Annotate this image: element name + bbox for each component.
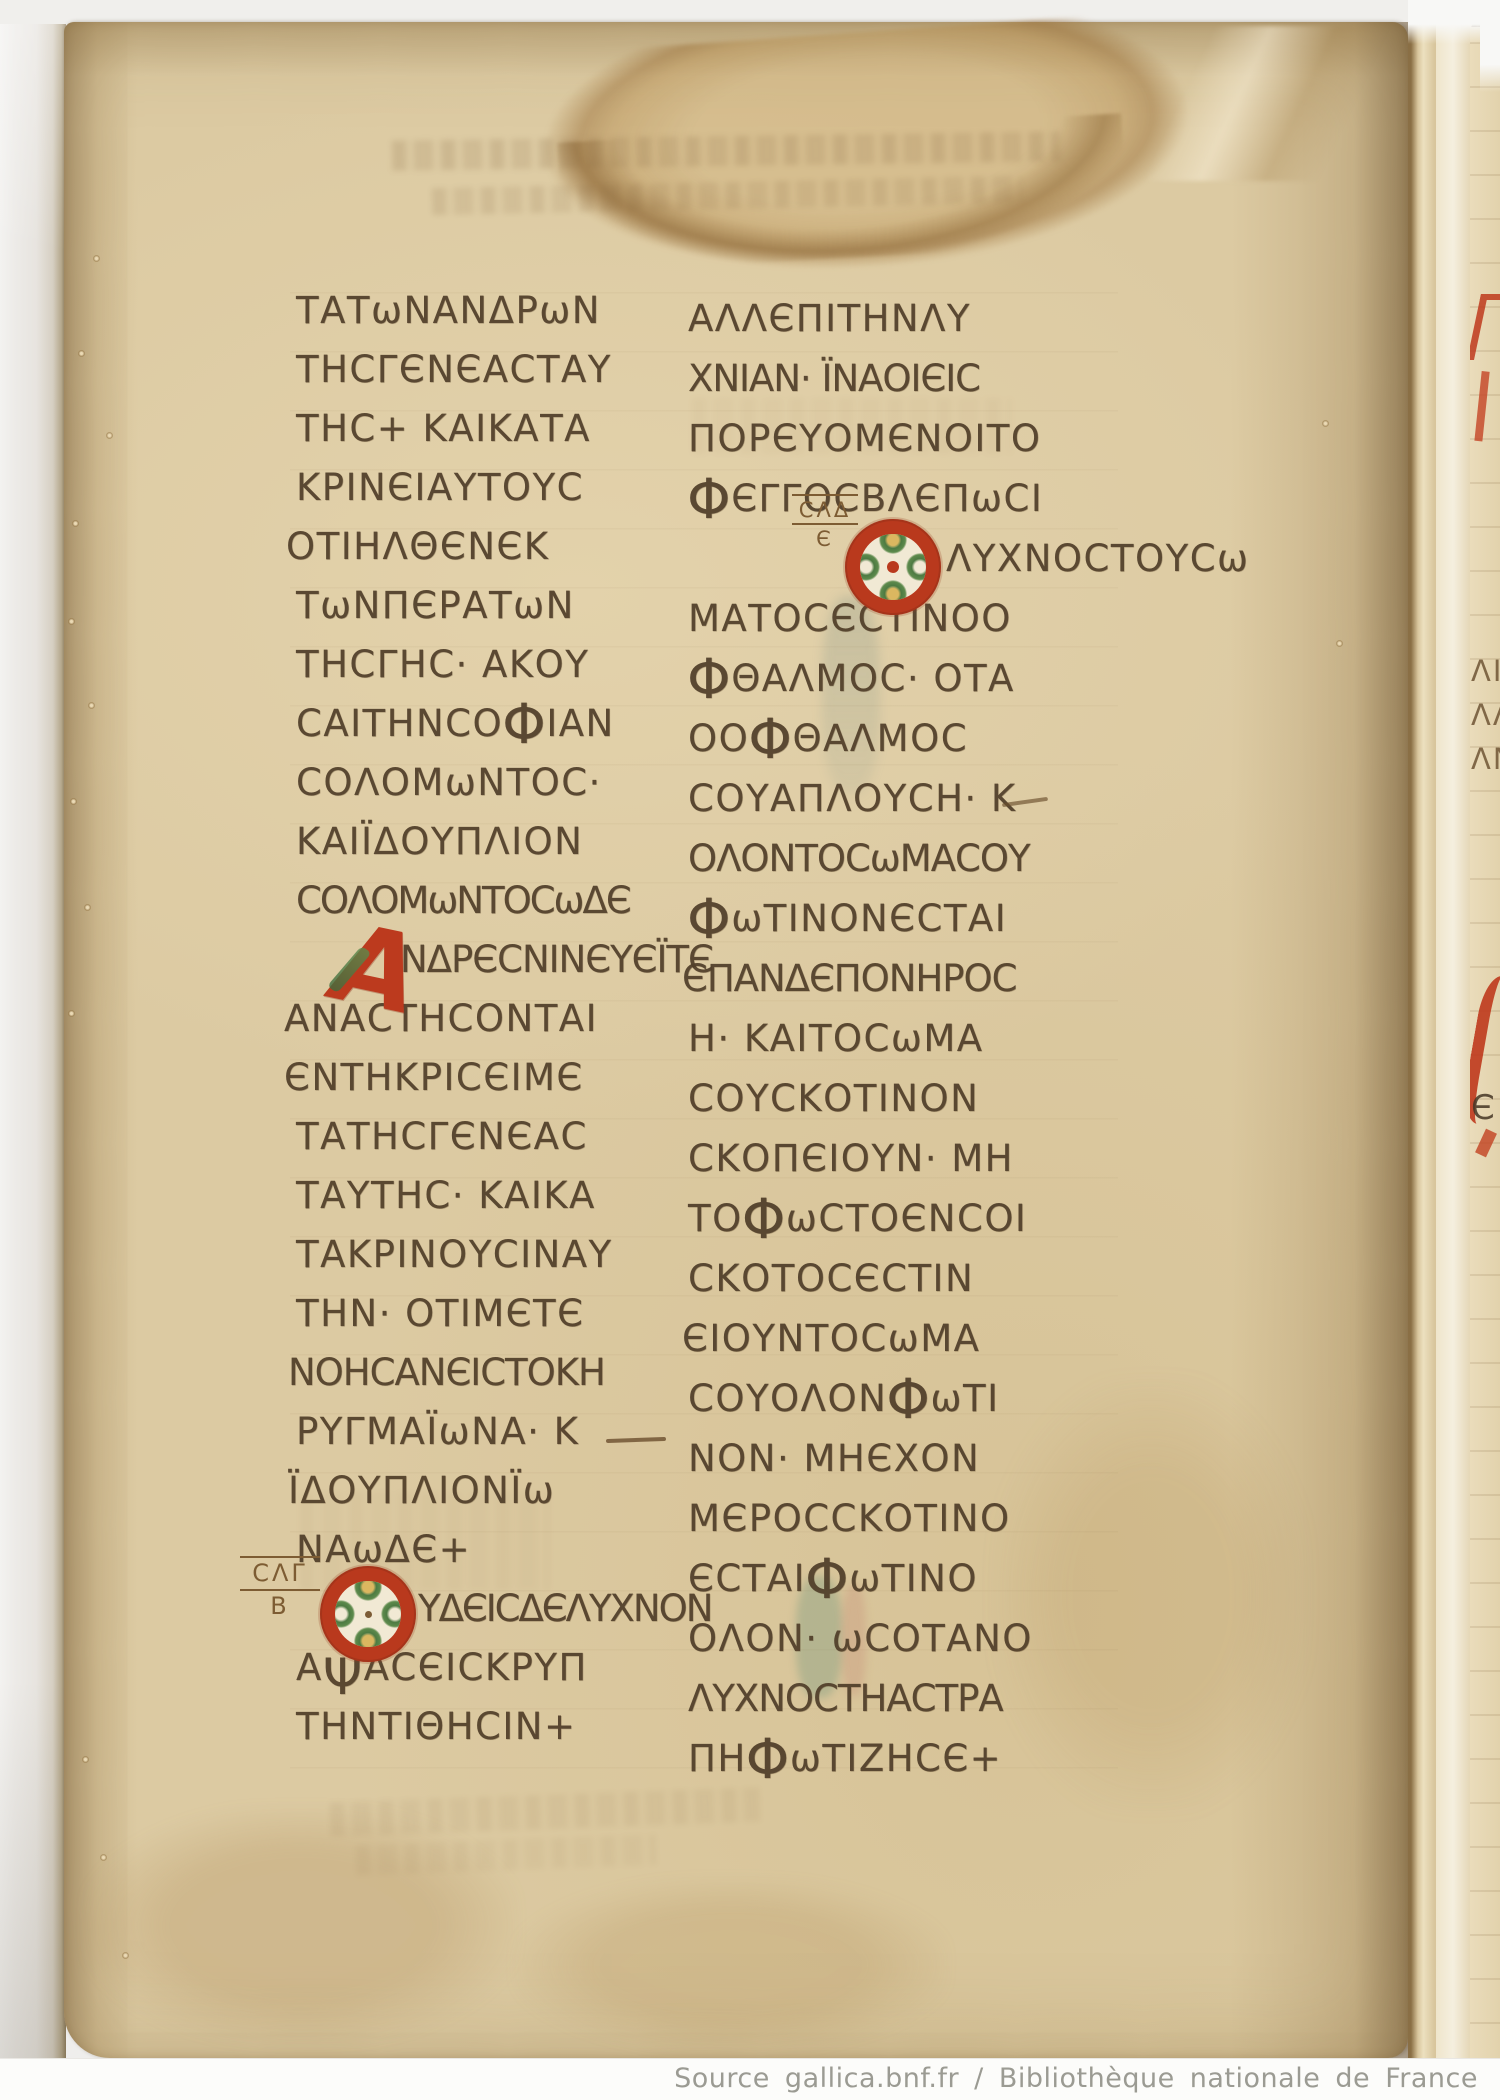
manuscript-line: ΤωΝΠЄΡΑΤωΝ [296, 583, 713, 642]
edge-letter-fragment: ΛΙ [1471, 654, 1500, 688]
manuscript-line: ΤΑΤωΝΑΝΔΡωΝ [296, 288, 713, 347]
manuscript-line: ΑΛΛЄΠΙΤΗΝΛΥ [688, 296, 1250, 356]
manuscript-line: ΤΗΝ· ΟΤΙΜЄΤЄ [296, 1291, 713, 1350]
scan-background-corner [1480, 0, 1500, 92]
canon-number: Є [792, 525, 858, 551]
manuscript-line: ΠΗΦωΤΙΖΗϹЄ+ [688, 1736, 1250, 1796]
manuscript-line: ΦЄΓΓΟϹΒΛЄΠωϹΙ [688, 476, 1250, 536]
manuscript-line: ΛΥΧΝΟϹΤΟΥϹω [688, 536, 1250, 596]
manuscript-line: ΚΡΙΝЄΙΑΥΤΟΥϹ [296, 465, 713, 524]
manuscript-line: ΤΗϹ+ ΚΑΙΚΑΤΑ [296, 406, 713, 465]
medallion-rosette [335, 1581, 401, 1647]
manuscript-line: ЄΙΟΥΝΤΟϹωΜΑ [682, 1316, 1250, 1376]
eusebian-section-note: ϹΛΓ Β [240, 1556, 320, 1620]
scan-background-top [0, 0, 1500, 24]
manuscript-line: ΜΑΤΟϹЄϹΤΙΝΟΟ [688, 596, 1250, 656]
manuscript-line: ΪΔΟΥΠΛΙΟΝΪω [288, 1468, 713, 1527]
manuscript-line: ϹΟΥϹΚΟΤΙΝΟΝ [688, 1076, 1250, 1136]
edge-letter-fragment: ΛΛ [1471, 698, 1500, 732]
parchment-fold-highlight [1100, 26, 1410, 181]
manuscript-line: ΤΑΚΡΙΝΟΥϹΙΝΑΥ [296, 1232, 713, 1291]
section-number: ϹΛΔ [792, 494, 858, 525]
gallica-scan-viewport: ΤΑΤωΝΑΝΔΡωΝΤΗϹΓЄΝЄΑϹΤΑΥΤΗϹ+ ΚΑΙΚΑΤΑΚΡΙΝЄ… [0, 0, 1500, 2100]
manuscript-line: ЄΝΤΗΚΡΙϹЄΙΜЄ [284, 1055, 713, 1114]
manuscript-line: ΤΟΦωϹΤΟЄΝϹΟΙ [688, 1196, 1250, 1256]
rosette-medallion-initial-omicron [845, 519, 941, 615]
manuscript-line: ΜЄΡΟϹϹΚΟΤΙΝΟ [688, 1496, 1250, 1556]
folio-edge-strip [1408, 0, 1436, 2058]
canon-number: Β [240, 1591, 320, 1621]
manuscript-line: ϹΟΥΟΛΟΝΦωΤΙ [688, 1376, 1250, 1436]
manuscript-line: ΟΟΦΘΑΛΜΟϹ [688, 716, 1250, 776]
parchment-stain [516, 1880, 946, 2050]
next-folio-edge: ΛΙΛΛΛΝЄΝΑΙΜΠΤΖ [1470, 0, 1500, 2058]
manuscript-line: ΤΑΥΤΗϹ· ΚΑΙΚΑ [296, 1173, 713, 1232]
manuscript-line: ΚΑΙΪΔΟΥΠΛΙΟΝ [296, 819, 713, 878]
folio-edge-strip [1436, 0, 1470, 2058]
page-left-edge-shading [64, 22, 138, 2058]
manuscript-line: ΠΟΡЄΥΟΜЄΝΟΙΤΟ [688, 416, 1250, 476]
medallion-rosette [860, 534, 926, 600]
manuscript-line: ΧΝΙΑΝ· ΪΝΑΟΙЄΙϹ [688, 356, 1250, 416]
edge-letter-fragment: ΛΝ [1471, 742, 1500, 776]
manuscript-line: ϹΟΛΟΜωΝΤΟϹ· [296, 760, 713, 819]
section-number: ϹΛΓ [240, 1556, 320, 1591]
manuscript-line: ЄΠΑΝΔЄΠΟΝΗΡΟϹ [682, 956, 1250, 1016]
manuscript-line: ϹΚΟΤΟϹЄϹΤΙΝ [688, 1256, 1250, 1316]
manuscript-line: ЄϹΤΑΙΦωΤΙΝΟ [688, 1556, 1250, 1616]
eusebian-section-note: ϹΛΔ Є [792, 494, 858, 551]
gallica-source-bar: Source gallica.bnf.fr / Bibliothèque nat… [0, 2058, 1500, 2100]
source-attribution: Source gallica.bnf.fr / Bibliothèque nat… [674, 2059, 1478, 2099]
edge-letter-fragment: ЄΝ [1471, 1088, 1500, 1128]
manuscript-line: ΝΟΝ· ΜΗЄΧΟΝ [688, 1436, 1250, 1496]
manuscript-line: ΤΑΤΗϹΓЄΝЄΑϹ [296, 1114, 713, 1173]
manuscript-line: ΤΗΝΤΙΘΗϹΙΝ+ [296, 1704, 713, 1763]
manuscript-line: ΟΤΙΗΛΘЄΝЄΚ [286, 524, 713, 583]
manuscript-line: ΤΗϹΓЄΝЄΑϹΤΑΥ [296, 347, 713, 406]
rosette-medallion-initial-omicron [320, 1566, 416, 1662]
manuscript-line: ΦωΤΙΝΟΝЄϹΤΑΙ [688, 896, 1250, 956]
manuscript-line: ϹΟΥΑΠΛΟΥϹΗ· Κ [688, 776, 1250, 836]
manuscript-line: ΝΟΗϹΑΝЄΙϹΤΟΚΗ [288, 1350, 713, 1409]
manuscript-line: Η· ΚΑΙΤΟϹωΜΑ [688, 1016, 1250, 1076]
manuscript-line: ΟΛΟΝ· ωϹΟΤΑΝΟ [688, 1616, 1250, 1676]
manuscript-line: ΟΛΟΝΤΟϹωΜΑϹΟΥ [688, 836, 1250, 896]
text-column-right: ΑΛΛЄΠΙΤΗΝΛΥΧΝΙΑΝ· ΪΝΑΟΙЄΙϹΠΟΡЄΥΟΜЄΝΟΙΤΟΦ… [688, 296, 1250, 1796]
manuscript-line: ϹΑΙΤΗΝϹΟΦΙΑΝ [296, 701, 713, 760]
scan-background-left [0, 0, 66, 2100]
